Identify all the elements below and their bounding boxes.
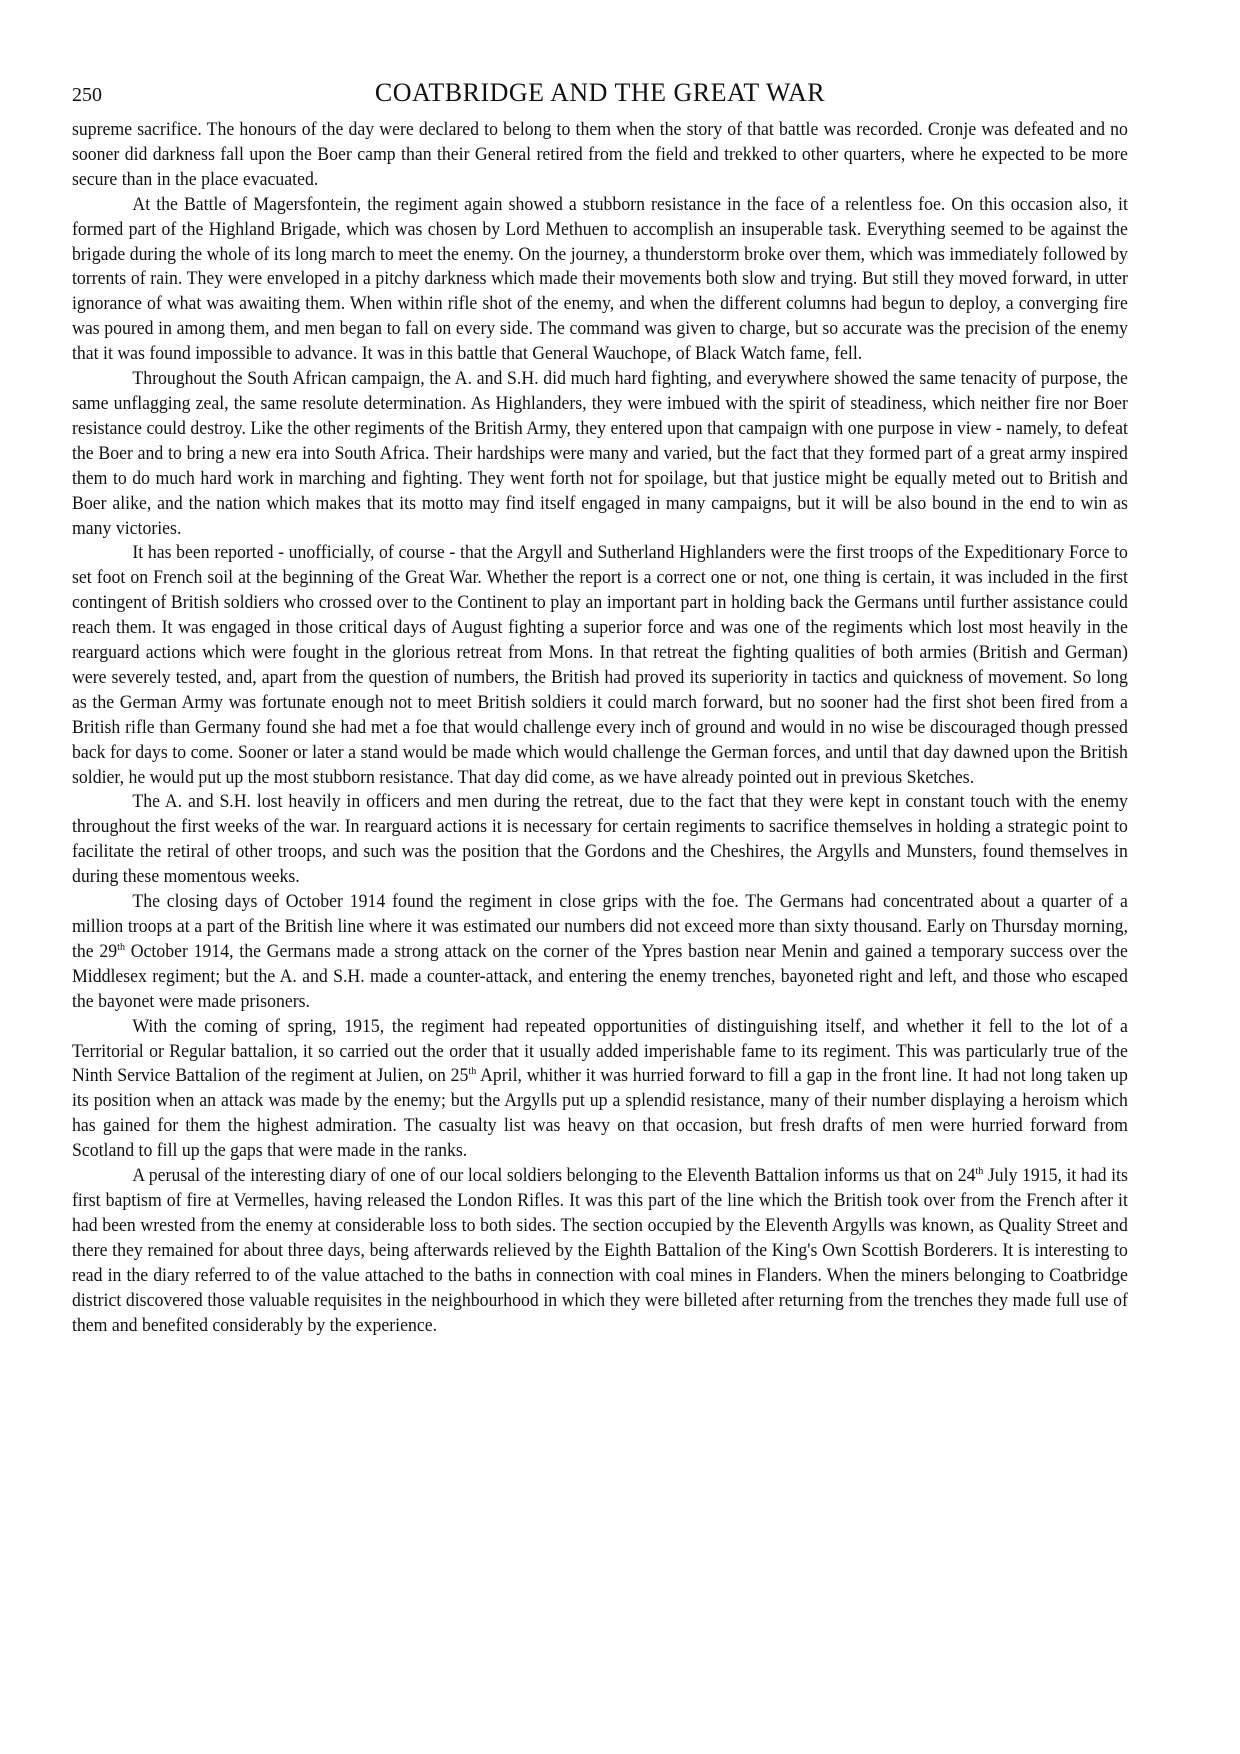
paragraph-8: A perusal of the interesting diary of on…: [72, 1164, 1128, 1338]
text-run: A perusal of the interesting diary of on…: [132, 1165, 975, 1186]
paragraph-1: supreme sacrifice. The honours of the da…: [72, 118, 1128, 193]
paragraph-5: The A. and S.H. lost heavily in officers…: [72, 790, 1128, 890]
paragraph-4: It has been reported - unofficially, of …: [72, 541, 1128, 790]
ordinal-suffix: th: [468, 1065, 476, 1077]
document-page: 250 COATBRIDGE AND THE GREAT WAR supreme…: [72, 78, 1128, 1338]
text-run: October 1914, the Germans made a strong …: [72, 941, 1128, 1012]
running-title: COATBRIDGE AND THE GREAT WAR: [72, 78, 1128, 108]
paragraph-6: The closing days of October 1914 found t…: [72, 890, 1128, 1015]
text-run: July 1915, it had its first baptism of f…: [72, 1165, 1128, 1335]
paragraph-2: At the Battle of Magersfontein, the regi…: [72, 193, 1128, 367]
paragraph-7: With the coming of spring, 1915, the reg…: [72, 1015, 1128, 1164]
running-header: 250 COATBRIDGE AND THE GREAT WAR: [72, 78, 1128, 112]
ordinal-suffix: th: [975, 1165, 983, 1177]
ordinal-suffix: th: [117, 941, 125, 953]
paragraph-3: Throughout the South African campaign, t…: [72, 367, 1128, 541]
body-text: supreme sacrifice. The honours of the da…: [72, 118, 1128, 1338]
